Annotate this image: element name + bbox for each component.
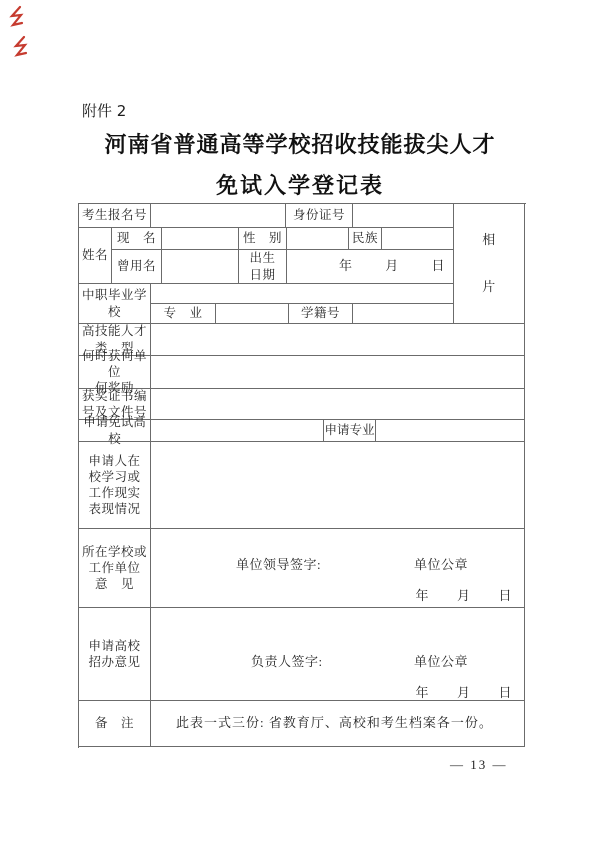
- photo-cell: 相片: [454, 204, 525, 324]
- form-title-line2: 免试入学登记表: [0, 169, 600, 200]
- red-scribble-mark-icon: [11, 34, 29, 60]
- scanned-form-page: 附件 2 河南省普通高等学校招收技能拔尖人才 免试入学登记表 考生报名号 身份证…: [0, 0, 600, 848]
- award-label: 何时获何单位何奖励: [79, 356, 151, 389]
- unit-seal-label: 单位公章: [414, 557, 468, 574]
- remark-text-cell: 此表一式三份: 省教育厅、高校和考生档案各一份。: [151, 701, 525, 747]
- performance-input-cell: [151, 442, 525, 529]
- apply-college-input-cell: [151, 420, 324, 442]
- school-opinion-label: 所在学校或工作单位 意 见: [79, 529, 151, 608]
- id-no-label: 身份证号: [286, 204, 353, 228]
- birth-date-label: 出生日期: [239, 250, 287, 284]
- apply-major-input-cell: [376, 420, 525, 442]
- performance-label: 申请人在校学习或 工作现实表现情况: [79, 442, 151, 529]
- gender-label: 性 别: [239, 228, 287, 250]
- registration-form-table: 考生报名号 身份证号 相片 姓名 现 名 性 别 民族 曾用名 出生日期 年月日…: [78, 203, 526, 748]
- talent-type-input-cell: [151, 324, 525, 356]
- ethnicity-label: 民族: [349, 228, 382, 250]
- award-input-cell: [151, 356, 525, 389]
- apply-college-label: 申请免试高校: [79, 420, 151, 442]
- ethnicity-input-cell: [382, 228, 454, 250]
- college-opinion-date: 年月日: [415, 685, 512, 702]
- unit-seal-label: 单位公章: [414, 654, 468, 671]
- former-name-input-cell: [162, 250, 239, 284]
- page-number: — 13 —: [450, 757, 508, 773]
- school-opinion-date: 年月日: [415, 588, 512, 605]
- birth-date-input-cell: 年月日: [287, 250, 454, 284]
- red-scribble-mark-icon: [8, 5, 26, 31]
- current-name-input-cell: [162, 228, 239, 250]
- id-no-input-cell: [353, 204, 454, 228]
- form-title-line1: 河南省普通高等学校招收技能拔尖人才: [0, 128, 600, 159]
- mid-school-input-cell: [151, 284, 454, 304]
- student-no-label: 学籍号: [289, 304, 353, 324]
- student-no-input-cell: [353, 304, 454, 324]
- leader-sign-label: 单位领导签字:: [236, 557, 321, 574]
- major-label: 专 业: [151, 304, 216, 324]
- major-input-cell: [216, 304, 289, 324]
- name-group-label: 姓名: [79, 228, 112, 284]
- attachment-label: 附件 2: [82, 100, 126, 121]
- reg-no-label: 考生报名号: [79, 204, 151, 228]
- gender-input-cell: [287, 228, 349, 250]
- apply-major-label: 申请专业: [324, 420, 376, 442]
- current-name-label: 现 名: [112, 228, 162, 250]
- mid-school-label: 中职毕业学校: [79, 284, 151, 324]
- former-name-label: 曾用名: [112, 250, 162, 284]
- cert-no-input-cell: [151, 389, 525, 420]
- head-sign-label: 负责人签字:: [251, 654, 323, 671]
- school-opinion-cell: 单位领导签字: 单位公章 年月日: [151, 529, 525, 608]
- remark-label: 备 注: [79, 701, 151, 747]
- college-opinion-cell: 负责人签字: 单位公章 年月日: [151, 608, 525, 701]
- college-opinion-label: 申请高校招办意见: [79, 608, 151, 701]
- reg-no-input-cell: [151, 204, 286, 228]
